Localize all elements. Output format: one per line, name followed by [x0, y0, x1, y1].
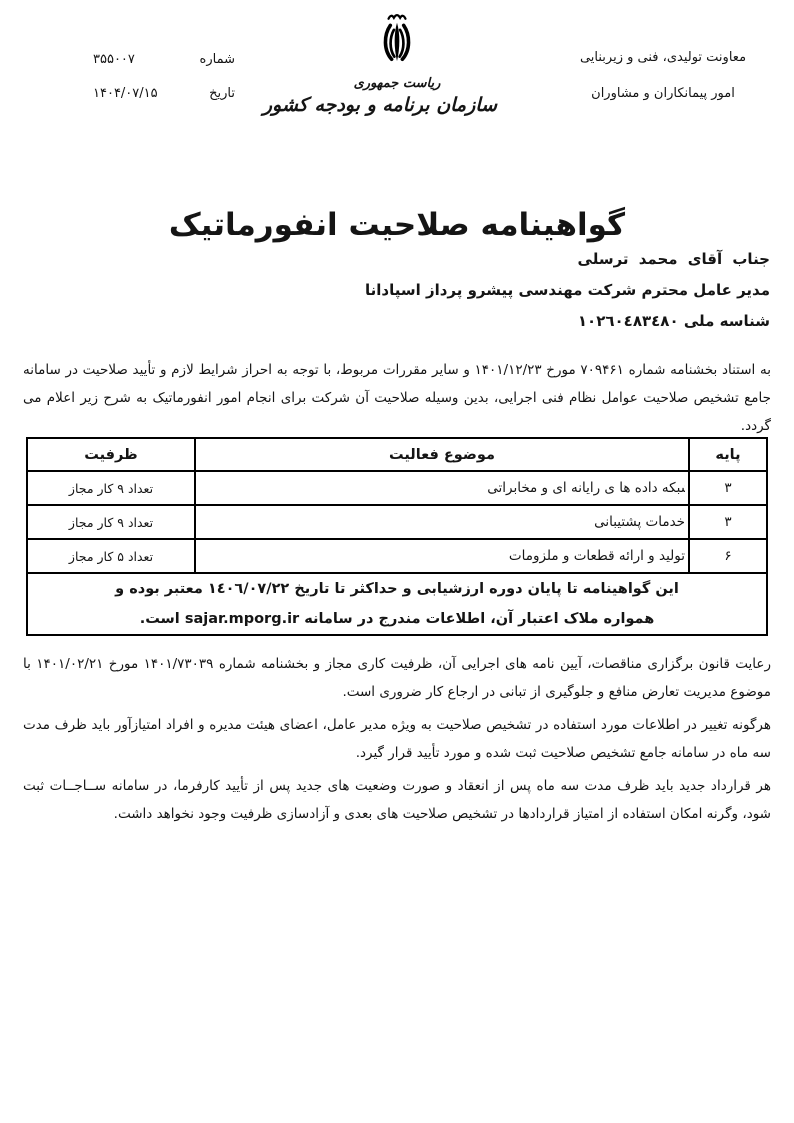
capacity-value: تعداد ۹ کار مجاز — [27, 471, 195, 505]
activity-value: شبکه داده ها ی رایانه ای و مخابراتی — [195, 471, 689, 505]
intro-paragraph: به استناد بخشنامه شماره ۷۰۹۴۶۱ مورخ ۱۴۰۱… — [23, 356, 771, 440]
table-header-row: پایه موضوع فعالیت ظرفیت — [27, 438, 767, 471]
certificate-title: گواهینامه صلاحیت انفورماتیک — [0, 207, 794, 243]
activity-value: خدمات پشتیبانی — [195, 505, 689, 539]
table-row: ۳ شبکه داده ها ی رایانه ای و مخابراتی تع… — [27, 471, 767, 505]
validity-line-1: این گواهینامه تا پایان دوره ارزشیابی و ح… — [31, 574, 763, 604]
grade-value: ۶ — [689, 539, 767, 573]
note-paragraph: هر قرارداد جدید باید ظرف مدت سه ماه پس ا… — [23, 772, 771, 828]
document-date-row: تاریخ ۱۴۰۴/۰۷/۱۵ — [93, 86, 235, 101]
grade-value: ۳ — [689, 471, 767, 505]
addressee-block: جناب آقای محمد ترسلی مدیر عامل محترم شرک… — [365, 244, 770, 337]
note-paragraph: رعایت قانون برگزاری مناقصات، آیین نامه ه… — [23, 650, 771, 706]
capacity-header: ظرفیت — [27, 438, 195, 471]
table-row: ۳ خدمات پشتیبانی تعداد ۹ کار مجاز — [27, 505, 767, 539]
date-value: ۱۴۰۴/۰۷/۱۵ — [93, 86, 158, 101]
activity-value: تولید و ارائه قطعات و ملزومات — [195, 539, 689, 573]
org-name-line: سازمان برنامه و بودجه کشور — [297, 94, 497, 116]
number-value: ۳۵۵۰۰۷ — [93, 52, 135, 67]
department-block: معاونت تولیدی، فنی و زیربنایی امور پیمان… — [556, 50, 770, 101]
organization-block: ریاست جمهوری سازمان برنامه و بودجه کشور — [297, 12, 497, 116]
document-number-row: شماره ۳۵۵۰۰۷ — [93, 52, 235, 67]
activity-header: موضوع فعالیت — [195, 438, 689, 471]
validity-row: این گواهینامه تا پایان دوره ارزشیابی و ح… — [27, 573, 767, 635]
addressee-role-company: مدیر عامل محترم شرکت مهندسی پیشرو پرداز … — [365, 275, 770, 306]
certificate-page: شماره ۳۵۵۰۰۷ تاریخ ۱۴۰۴/۰۷/۱۵ ریاست جمهو… — [0, 0, 794, 1123]
number-label: شماره — [200, 52, 235, 67]
grade-header: پایه — [689, 438, 767, 471]
affairs-line: امور پیمانکاران و مشاوران — [556, 86, 770, 101]
date-label: تاریخ — [209, 86, 235, 101]
capacity-value: تعداد ۵ کار مجاز — [27, 539, 195, 573]
national-id-line: شناسه ملی ١٠٢٦٠٤٨٣٤٨٠ — [365, 306, 770, 337]
document-meta: شماره ۳۵۵۰۰۷ تاریخ ۱۴۰۴/۰۷/۱۵ — [93, 52, 235, 101]
validity-line-2: همواره ملاک اعتبار آن، اطلاعات مندرج در … — [31, 604, 763, 634]
capacity-value: تعداد ۹ کار مجاز — [27, 505, 195, 539]
iran-emblem-icon — [374, 12, 420, 70]
legal-notes: رعایت قانون برگزاری مناقصات، آیین نامه ه… — [23, 650, 771, 833]
addressee-name: جناب آقای محمد ترسلی — [365, 244, 770, 275]
note-paragraph: هرگونه تغییر در اطلاعات مورد استفاده در … — [23, 711, 771, 767]
qualification-table: پایه موضوع فعالیت ظرفیت ۳ شبکه داده ها ی… — [26, 437, 768, 636]
org-presidency-line: ریاست جمهوری — [297, 76, 497, 91]
grade-value: ۳ — [689, 505, 767, 539]
validity-statement: این گواهینامه تا پایان دوره ارزشیابی و ح… — [27, 573, 767, 635]
deputy-line: معاونت تولیدی، فنی و زیربنایی — [556, 50, 770, 65]
table-row: ۶ تولید و ارائه قطعات و ملزومات تعداد ۵ … — [27, 539, 767, 573]
